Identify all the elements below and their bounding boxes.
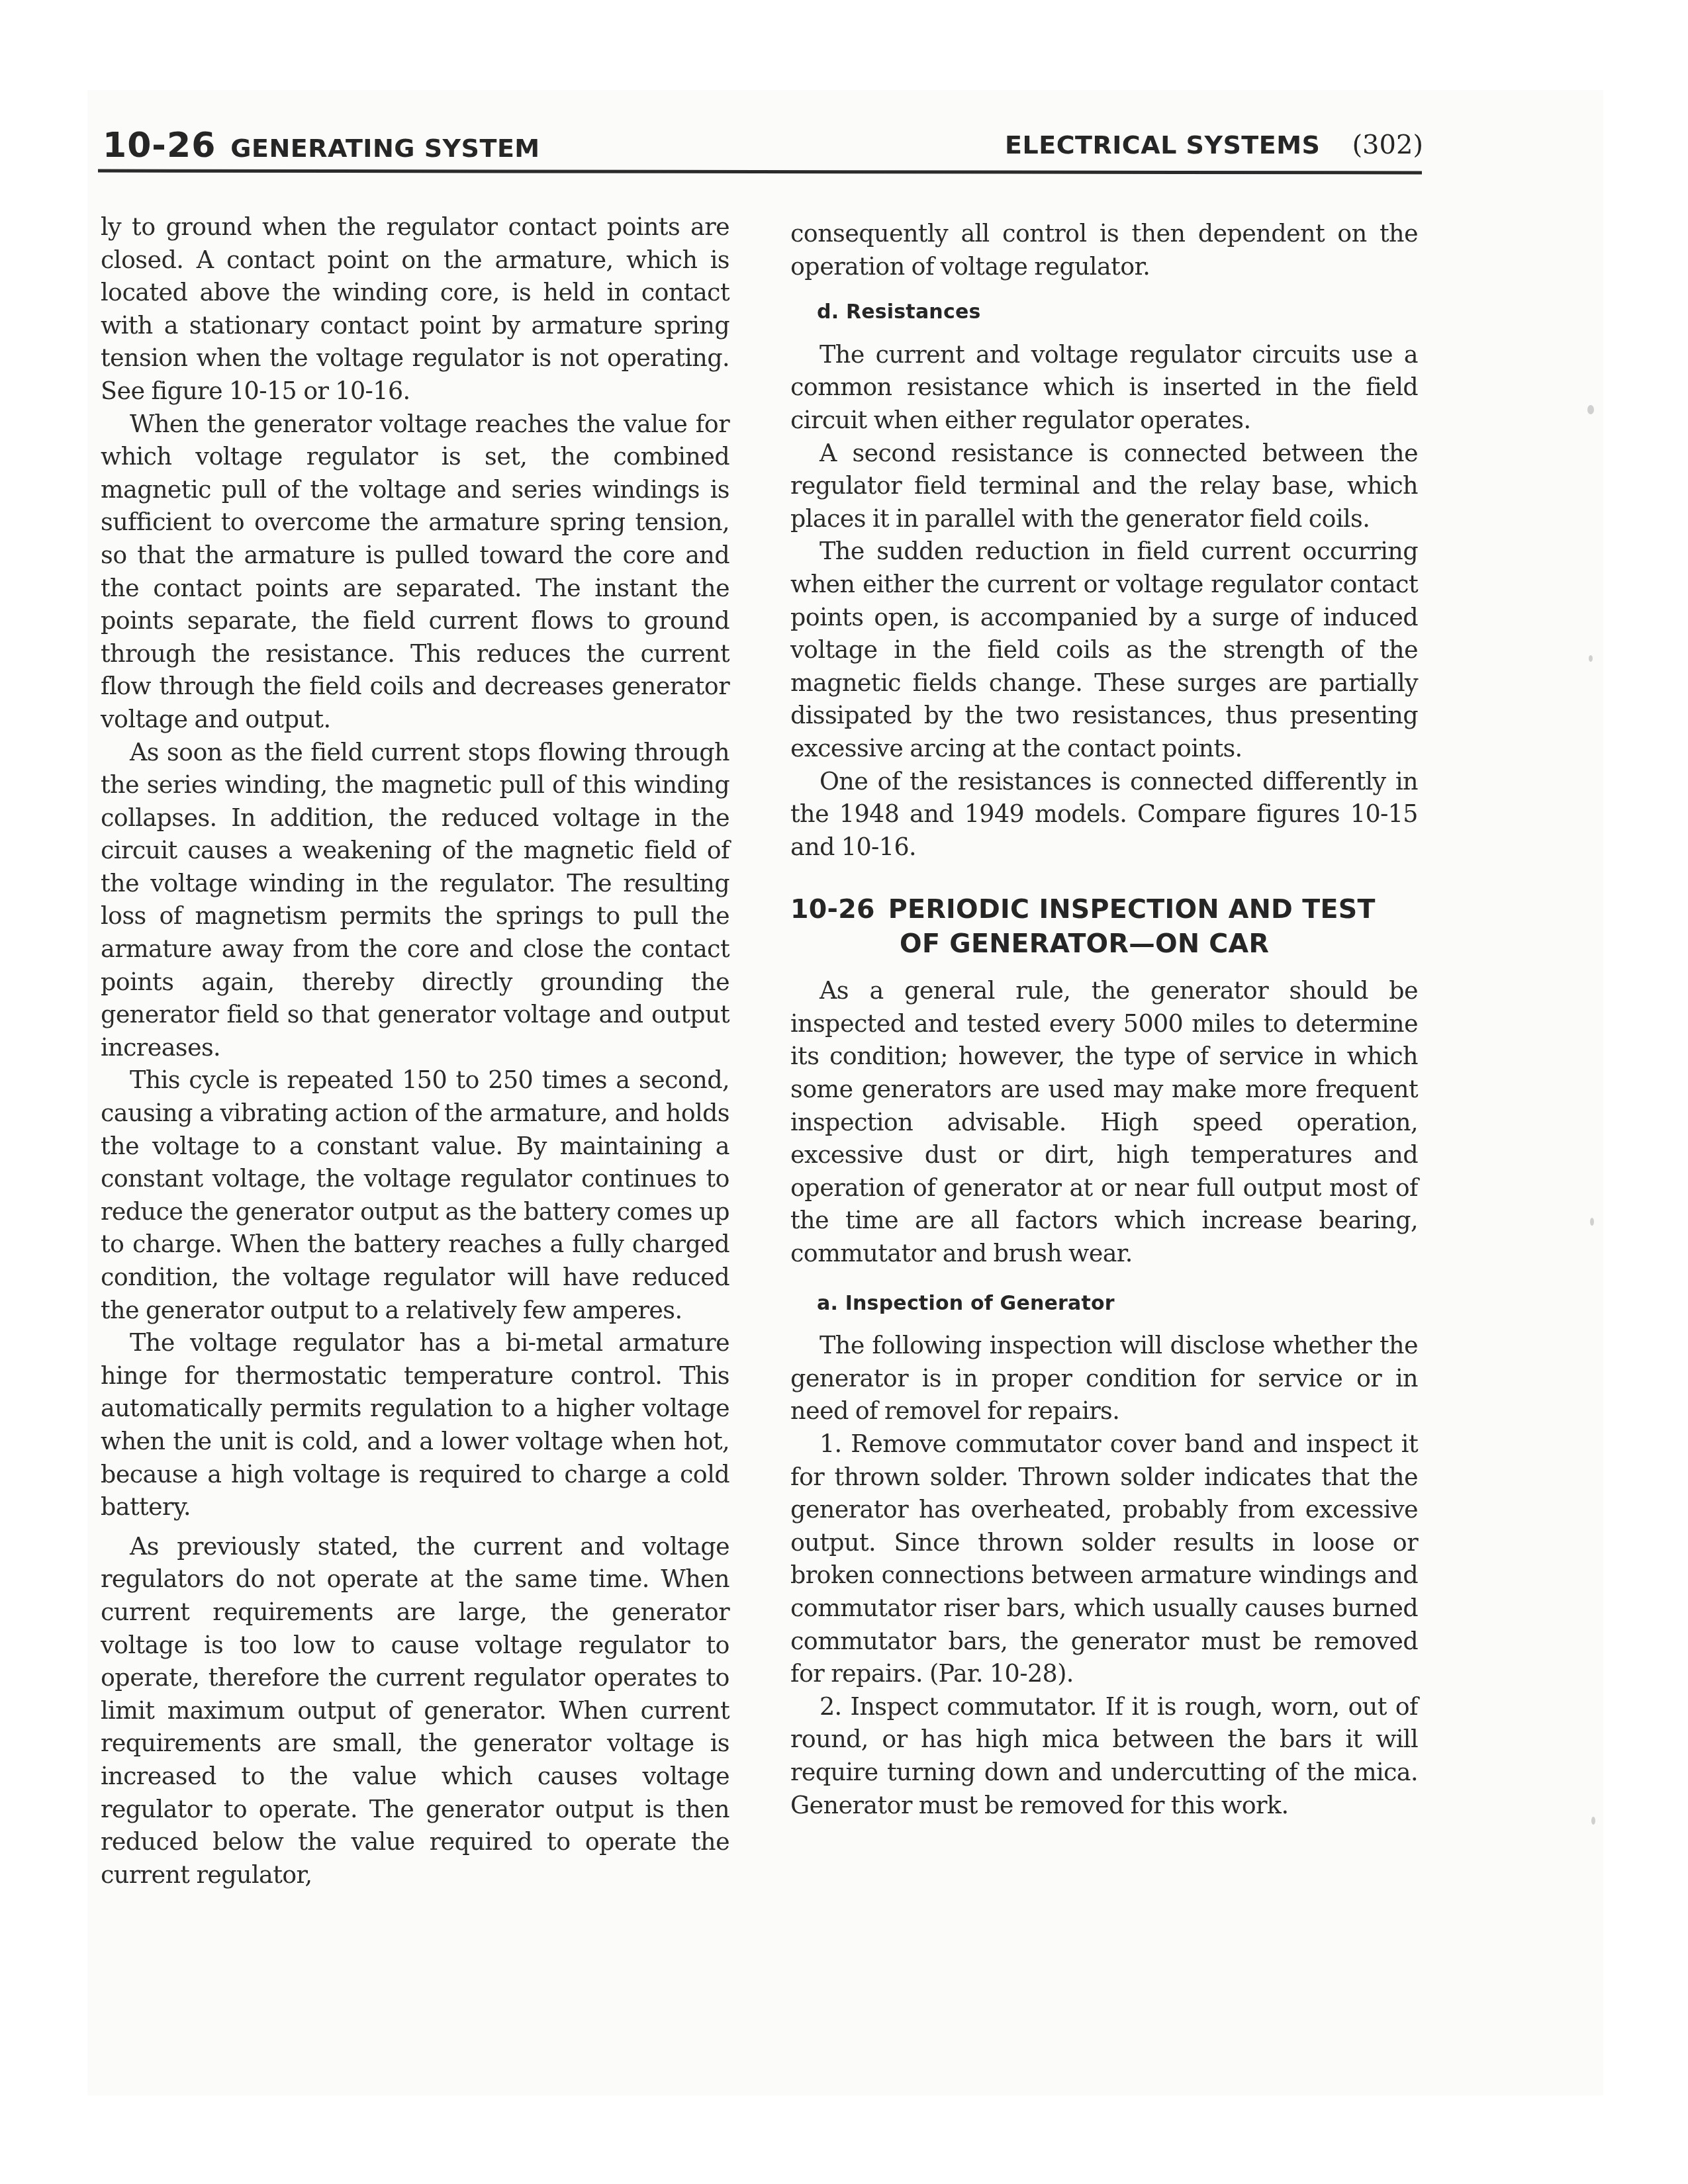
section-number: 10-26 xyxy=(790,894,875,925)
running-header: 10-26GENERATING SYSTEM ELECTRICAL SYSTEM… xyxy=(103,126,1423,172)
paragraph: As a general rule, the generator should … xyxy=(790,974,1418,1269)
paragraph: The following inspection will disclose w… xyxy=(790,1329,1418,1428)
paragraph: The voltage regulator has a bi-metal arm… xyxy=(101,1326,729,1524)
header-right: ELECTRICAL SYSTEMS(302) xyxy=(1005,130,1423,160)
paragraph: When the generator voltage reaches the v… xyxy=(101,408,729,736)
binder-mark xyxy=(1590,1218,1594,1226)
paragraph: As soon as the field current stops flowi… xyxy=(101,736,729,1064)
binder-mark xyxy=(1589,655,1593,662)
left-column: ly to ground when the regulator contact … xyxy=(101,210,729,1891)
list-item: 2. Inspect commutator. If it is rough, w… xyxy=(790,1690,1418,1821)
section-heading-periodic-inspection: 10-26PERIODIC INSPECTION AND TEST OF GEN… xyxy=(790,892,1418,961)
spacer xyxy=(101,1524,729,1530)
subsection-heading-resistances: d. Resistances xyxy=(817,296,1418,329)
page-section-number: 10-26 xyxy=(103,126,216,165)
paragraph: ly to ground when the regulator contact … xyxy=(101,210,729,408)
binder-mark xyxy=(1587,405,1594,414)
paragraph: The current and voltage regulator circui… xyxy=(790,338,1418,437)
subsection-heading-inspection-of-generator: a. Inspection of Generator xyxy=(817,1287,1418,1320)
page-number: (302) xyxy=(1352,130,1423,160)
paragraph: As previously stated, the current and vo… xyxy=(101,1530,729,1891)
paragraph: This cycle is repeated 150 to 250 times … xyxy=(101,1064,729,1326)
chapter-title: ELECTRICAL SYSTEMS xyxy=(1005,130,1320,159)
section-title: GENERATING SYSTEM xyxy=(230,134,539,163)
paragraph: consequently all control is then depende… xyxy=(790,217,1418,283)
list-item: 1. Remove commutator cover band and in­s… xyxy=(790,1428,1418,1690)
header-left: 10-26GENERATING SYSTEM xyxy=(103,126,540,165)
paragraph: One of the resistances is connected diff… xyxy=(790,765,1418,864)
paragraph: The sudden reduction in field current oc… xyxy=(790,535,1418,764)
paragraph: A second resistance is connected between… xyxy=(790,437,1418,535)
section-title-line1: PERIODIC INSPECTION AND TEST xyxy=(888,894,1376,925)
section-title-line2: OF GENERATOR—ON CAR xyxy=(790,927,1418,961)
right-column: consequently all control is then depende… xyxy=(790,217,1418,1821)
binder-mark xyxy=(1591,1817,1595,1825)
